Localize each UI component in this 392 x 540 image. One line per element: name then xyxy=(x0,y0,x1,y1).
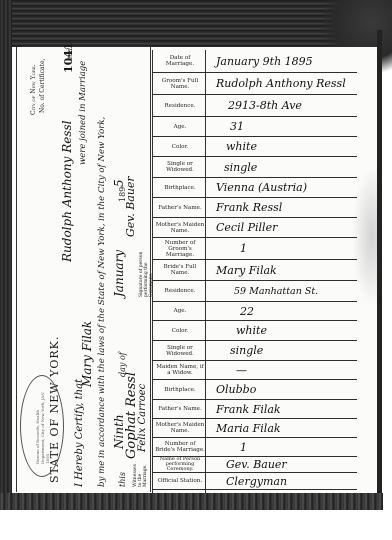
row-label: Bride's Full Name. xyxy=(155,260,206,280)
row-value: Vienna (Austria) xyxy=(210,178,357,197)
row-value: 31 xyxy=(210,117,357,136)
bride-name: Mary Filak xyxy=(80,321,94,387)
table-row-bride-mother: Mother's Maiden Name.Maria Filak xyxy=(152,419,357,438)
row-value: Olubbo xyxy=(210,380,357,399)
row-value: white xyxy=(210,321,357,340)
table-row-bride-birthplace: Birthplace.Olubbo xyxy=(152,380,357,400)
row-value: Mary Filak xyxy=(210,260,357,280)
top-rule xyxy=(22,46,152,47)
table-row-bride-color: Color.white xyxy=(152,321,357,341)
row-label: Father's Name. xyxy=(155,400,206,418)
row-value: Clergyman xyxy=(210,473,357,489)
row-label: Birthplace. xyxy=(155,380,206,399)
row-value: — xyxy=(210,361,357,379)
table-row-date-of-marriage: Date of Marriage.January 9th 1895 xyxy=(152,50,357,73)
scan-border-left xyxy=(0,0,12,510)
table-row-bride-father: Father's Name.Frank Filak xyxy=(152,400,357,419)
table-row-official-station: Official Station.Clergyman xyxy=(152,473,357,490)
city-label: City of New York. xyxy=(30,64,37,115)
row-label: Official Station. xyxy=(155,473,206,489)
row-label: Groom's Full Name. xyxy=(155,73,206,94)
row-label: Age. xyxy=(155,117,206,136)
row-label: Birthplace. xyxy=(155,178,206,197)
scan-border-bottom xyxy=(0,493,383,510)
row-value: 59 Manhattan St. xyxy=(210,281,357,301)
laws-text: by me in accordance with the laws of the… xyxy=(97,117,107,487)
table-row-groom-father: Father's Name.Frank Ressl xyxy=(152,198,357,218)
row-label: Age. xyxy=(155,302,206,320)
table-row-officiant-name: Name of Person performing Ceremony.Gev. … xyxy=(152,457,357,473)
witnesses-label: Witnesses to the Marriage. xyxy=(133,467,148,487)
row-value: 1 xyxy=(210,438,357,456)
groom-name: Rudolph Anthony Ressl xyxy=(60,120,74,262)
table-row-groom-marriage-number: Number of Groom's Marriage.1 xyxy=(152,238,357,260)
table-row-bride-maiden-name: Maiden Name, if a Widow.— xyxy=(152,361,357,380)
row-label: Date of Marriage. xyxy=(155,50,206,72)
row-label: Residence. xyxy=(155,281,206,301)
row-value: 22 xyxy=(210,302,357,320)
records-stamp: Bureau of Records, Health Department, Ci… xyxy=(20,375,64,477)
this-label: this xyxy=(118,472,127,487)
witness-2: Felix Carroec xyxy=(137,384,148,452)
row-value: Rudolph Anthony Ressl xyxy=(210,73,357,94)
cert-no-label: No. of Certificate, xyxy=(39,59,46,113)
row-label: Number of Groom's Marriage. xyxy=(155,238,206,259)
certify-prefix: I Hereby Certify, that xyxy=(74,379,85,487)
joined-text: were joined in Marriage xyxy=(78,61,88,165)
row-value: Frank Filak xyxy=(210,400,357,418)
table-row-bride-residence: Residence.59 Manhattan St. xyxy=(152,281,357,302)
row-value: Cecil Piller xyxy=(210,218,357,237)
row-value: single xyxy=(210,157,357,177)
row-value: Frank Ressl xyxy=(210,198,357,217)
scan-border-right xyxy=(377,30,382,510)
row-label: Father's Name. xyxy=(155,198,206,217)
table-row-groom-residence: Residence.2913-8th Ave xyxy=(152,95,357,117)
row-label: Name of Person performing Ceremony. xyxy=(155,457,206,472)
signature-value: Gev. Bauer xyxy=(124,176,137,237)
row-value: January 9th 1895 xyxy=(210,50,357,72)
table-row-bride-age: Age.22 xyxy=(152,302,357,321)
row-value: 1 xyxy=(210,238,357,259)
row-label: Residence. xyxy=(155,95,206,116)
row-label: Color. xyxy=(155,137,206,156)
row-value: single xyxy=(210,341,357,360)
row-label: Mother's Maiden Name. xyxy=(155,419,206,437)
row-value: Gev. Bauer xyxy=(210,457,357,472)
row-label: Color. xyxy=(155,321,206,340)
table-row-groom-single-widowed: Single or Widowed.single xyxy=(152,157,357,178)
table-row-bride-marriage-number: Number of Bride's Marriage.1 xyxy=(152,438,357,457)
table-row-groom-color: Color.white xyxy=(152,137,357,157)
left-border-line xyxy=(16,47,17,492)
row-value: 2913-8th Ave xyxy=(210,95,357,116)
table-row-groom-name: Groom's Full Name.Rudolph Anthony Ressl xyxy=(152,73,357,95)
row-value: white xyxy=(210,137,357,156)
row-label: Single or Widowed. xyxy=(155,341,206,360)
and-label: and xyxy=(66,48,74,61)
stamp-text: Bureau of Records, Health Department, Ci… xyxy=(35,384,50,464)
row-label: Single or Widowed. xyxy=(155,157,206,177)
row-label: Mother's Maiden Name. xyxy=(155,218,206,237)
row-label: Number of Bride's Marriage. xyxy=(155,438,206,456)
table-row-groom-age: Age.31 xyxy=(152,117,357,137)
table-row-groom-mother: Mother's Maiden Name.Cecil Piller xyxy=(152,218,357,238)
row-label: Maiden Name, if a Widow. xyxy=(155,361,206,379)
table-row-groom-birthplace: Birthplace.Vienna (Austria) xyxy=(152,178,357,198)
table-row-bride-single-widowed: Single or Widowed.single xyxy=(152,341,357,361)
row-value: Maria Filak xyxy=(210,419,357,437)
month-value: January xyxy=(112,250,126,297)
table-row-bride-name: Bride's Full Name.Mary Filak xyxy=(152,260,357,281)
scan-border-top xyxy=(0,0,392,47)
